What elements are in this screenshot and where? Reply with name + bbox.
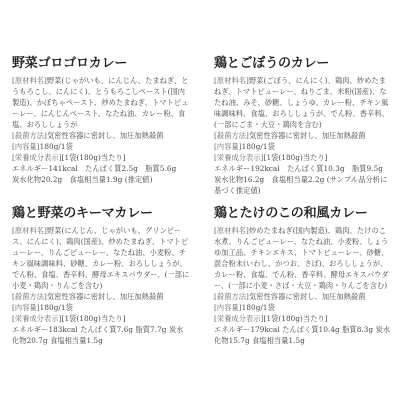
content: [内容量]180g/1袋	[12, 141, 190, 152]
sterilization-value: 気密性容器に密封し、加圧加熱殺菌	[249, 292, 366, 301]
sterilization-value: 気密性容器に密封し、加圧加熱殺菌	[47, 131, 164, 140]
ingredients: [原材料名]炒めたまねぎ(国内製造)、鶏肉、たけのこ水煮、りんごピューレー、なた…	[214, 225, 392, 291]
product-block-tori-gobou: 鶏とごぼうのカレー [原材料名]野菜(ごぼう、にんにく)、鶏肉、炒めたまねぎ、ト…	[214, 56, 392, 196]
content: [内容量]180g/1袋	[12, 302, 190, 313]
content-label: [内容量]	[12, 303, 40, 312]
ingredients: [原材料名]野菜(ごぼう、にんにく)、鶏肉、炒めたまねぎ、トマトピューレー、ねり…	[214, 75, 392, 130]
ingredients: [原材料名]野菜(じゃがいも、にんじん、たまねぎ、とうもろこし、にんにく)、とう…	[12, 75, 190, 130]
content-label: [内容量]	[214, 142, 242, 151]
sterilization-label: [殺菌方法]	[12, 292, 47, 301]
content-value: 180g/1袋	[242, 142, 275, 151]
product-details: [原材料名]野菜(じゃがいも、にんじん、たまねぎ、とうもろこし、にんにく)、とう…	[12, 75, 190, 185]
nutrition-label: [栄養成分表示]	[12, 314, 62, 323]
sterilization-label: [殺菌方法]	[214, 292, 249, 301]
product-block-yasai-gorogoro: 野菜ゴロゴロカレー [原材料名]野菜(じゃがいも、にんじん、たまねぎ、とうもろこ…	[12, 56, 190, 185]
nutrition-basis: [1袋(180g)当たり]	[62, 314, 126, 323]
nutrition-basis: [1袋(180g)当たり]	[62, 153, 126, 162]
content-label: [内容量]	[12, 142, 40, 151]
nutrition-basis: [1袋(180g)当たり]	[264, 314, 328, 323]
content-value: 180g/1袋	[40, 303, 73, 312]
sterilization: [殺菌方法]気密性容器に密封し、加圧加熱殺菌	[12, 291, 190, 302]
nutrition-values: エネルギー192kcal たんぱく質10.3g 脂質9.5g 炭水化物16.2g…	[214, 163, 392, 196]
ingredients-label: [原材料名]	[12, 76, 47, 85]
product-title: 鶏とたけのこの和風カレー	[214, 206, 392, 222]
ingredients-label: [原材料名]	[214, 226, 249, 235]
content-value: 180g/1袋	[40, 142, 73, 151]
nutrition-basis: [1袋(180g)当たり]	[264, 153, 328, 162]
product-title: 鶏と野菜のキーマカレー	[12, 206, 190, 222]
product-title: 鶏とごぼうのカレー	[214, 56, 392, 72]
nutrition-header: [栄養成分表示][1袋(180g)当たり]	[214, 313, 392, 324]
nutrition-values: エネルギー141kcal たんぱく質2.5g 脂質5.6g 炭水化物20.2g …	[12, 163, 190, 185]
nutrition-header: [栄養成分表示][1袋(180g)当たり]	[12, 152, 190, 163]
ingredients: [原材料名]野菜(にんじん、じゃがいも、グリンピース、にんにく)、鶏肉(国産)、…	[12, 225, 190, 291]
product-details: [原材料名]野菜(ごぼう、にんにく)、鶏肉、炒めたまねぎ、トマトピューレー、ねり…	[214, 75, 392, 196]
nutrition-label: [栄養成分表示]	[12, 153, 62, 162]
product-details: [原材料名]炒めたまねぎ(国内製造)、鶏肉、たけのこ水煮、りんごピューレー、なた…	[214, 225, 392, 346]
nutrition-label: [栄養成分表示]	[214, 314, 264, 323]
nutrition-header: [栄養成分表示][1袋(180g)当たり]	[12, 313, 190, 324]
ingredients-label: [原材料名]	[12, 226, 47, 235]
sterilization: [殺菌方法]気密性容器に密封し、加圧加熱殺菌	[214, 130, 392, 141]
ingredients-value: 炒めたまねぎ(国内製造)、鶏肉、たけのこ水煮、りんごピューレー、なたね油、小麦粉…	[214, 226, 389, 290]
product-details: [原材料名]野菜(にんじん、じゃがいも、グリンピース、にんにく)、鶏肉(国産)、…	[12, 225, 190, 346]
content-value: 180g/1袋	[242, 303, 275, 312]
ingredients-value: 野菜(にんじん、じゃがいも、グリンピース、にんにく)、鶏肉(国産)、炒めたまねぎ…	[12, 226, 189, 290]
ingredients-label: [原材料名]	[214, 76, 249, 85]
nutrition-label: [栄養成分表示]	[214, 153, 264, 162]
sterilization-label: [殺菌方法]	[214, 131, 249, 140]
content: [内容量]180g/1袋	[214, 302, 392, 313]
content-label: [内容量]	[214, 303, 242, 312]
sterilization: [殺菌方法]気密性容器に密封し、加圧加熱殺菌	[12, 130, 190, 141]
product-block-keema: 鶏と野菜のキーマカレー [原材料名]野菜(にんじん、じゃがいも、グリンピース、に…	[12, 206, 190, 346]
content: [内容量]180g/1袋	[214, 141, 392, 152]
nutrition-values: エネルギー179kcal たんぱく質10.4g 脂質8.3g 炭水化物15.7g…	[214, 324, 392, 346]
sterilization-value: 気密性容器に密封し、加圧加熱殺菌	[249, 131, 366, 140]
product-title: 野菜ゴロゴロカレー	[12, 56, 190, 72]
sterilization-value: 気密性容器に密封し、加圧加熱殺菌	[47, 292, 164, 301]
nutrition-header: [栄養成分表示][1袋(180g)当たり]	[214, 152, 392, 163]
sterilization: [殺菌方法]気密性容器に密封し、加圧加熱殺菌	[214, 291, 392, 302]
nutrition-values: エネルギー183kcal たんぱく質7.6g 脂質7.7g 炭水化物20.7g …	[12, 324, 190, 346]
sterilization-label: [殺菌方法]	[12, 131, 47, 140]
product-block-takenoko-wafu: 鶏とたけのこの和風カレー [原材料名]炒めたまねぎ(国内製造)、鶏肉、たけのこ水…	[214, 206, 392, 346]
